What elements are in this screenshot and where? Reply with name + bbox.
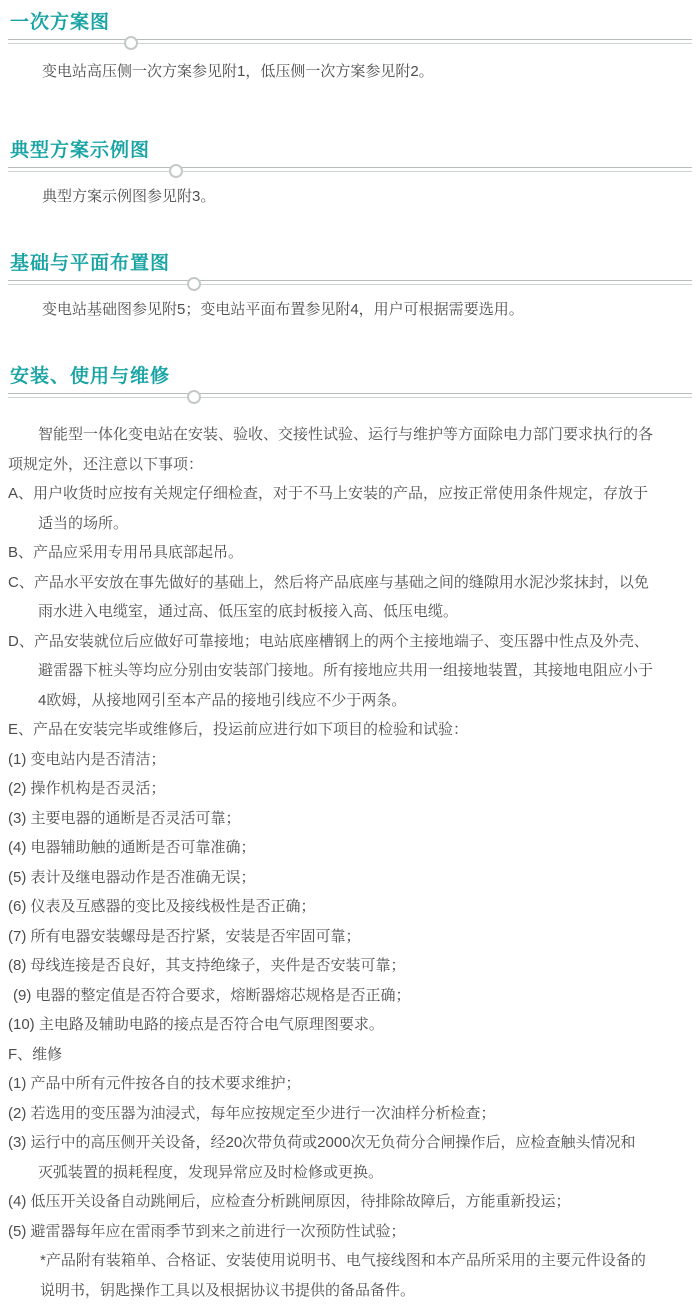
- section-title: 典型方案示例图: [10, 140, 692, 162]
- check-list-item: (5) 表计及继电器动作是否准确无误；: [8, 863, 692, 893]
- maintenance-list-item: (2) 若选用的变压器为油浸式，每年应按规定至少进行一次油样分析检查；: [8, 1099, 692, 1129]
- section-foundation-layout: 基础与平面布置图 变电站基础图参见附5；变电站平面布置参见附4，用户可根据需要选…: [8, 253, 692, 320]
- document-page: 一次方案图 变电站高压侧一次方案参见附1，低压侧一次方案参见附2。 典型方案示例…: [0, 0, 700, 1313]
- divider-circle-icon: [187, 390, 201, 404]
- section-divider: [8, 39, 692, 44]
- divider-circle-icon: [124, 36, 138, 50]
- section-primary-scheme: 一次方案图 变电站高压侧一次方案参见附1，低压侧一次方案参见附2。: [8, 0, 692, 82]
- section-installation-use-maintenance: 安装、使用与维修 智能型一体化变电站在安装、验收、交接性试验、运行与维护等方面除…: [8, 366, 692, 1305]
- list-item-d: D、产品安装就位后应做好可靠接地；电站底座槽钢上的两个主接地端子、变压器中性点及…: [8, 627, 692, 716]
- intro-paragraph: 智能型一体化变电站在安装、验收、交接性试验、运行与维护等方面除电力部门要求执行的…: [8, 420, 692, 479]
- check-list-item: (6) 仪表及互感器的变比及接线极性是否正确；: [8, 892, 692, 922]
- section-typical-scheme-example: 典型方案示例图 典型方案示例图参见附3。: [8, 140, 692, 207]
- list-item-b: B、产品应采用专用吊具底部起吊。: [8, 538, 692, 568]
- check-list-item: (7) 所有电器安装螺母是否拧紧，安装是否牢固可靠；: [8, 922, 692, 952]
- check-list-item: (1) 变电站内是否清洁；: [8, 745, 692, 775]
- section-divider: [8, 393, 692, 398]
- check-list-item: (10) 主电路及辅助电路的接点是否符合电气原理图要求。: [8, 1010, 692, 1040]
- section-divider: [8, 167, 692, 172]
- section-divider: [8, 280, 692, 285]
- section-title: 安装、使用与维修: [10, 366, 692, 388]
- check-list-item: (9) 电器的整定值是否符合要求，熔断器熔芯规格是否正确；: [8, 981, 692, 1011]
- divider-circle-icon: [187, 277, 201, 291]
- list-item-a: A、用户收货时应按有关规定仔细检查，对于不马上安装的产品，应按正常使用条件规定，…: [8, 479, 692, 538]
- paragraph: 变电站基础图参见附5；变电站平面布置参见附4，用户可根据需要选用。: [8, 300, 692, 320]
- maintenance-list-item: (3) 运行中的高压侧开关设备，经20次带负荷或2000次无负荷分合闸操作后，应…: [8, 1128, 692, 1187]
- list-item-e: E、产品在安装完毕或维修后，投运前应进行如下项目的检验和试验：: [8, 715, 692, 745]
- paragraph: 变电站高压侧一次方案参见附1，低压侧一次方案参见附2。: [8, 62, 692, 82]
- maintenance-list-item: (5) 避雷器每年应在雷雨季节到来之前进行一次预防性试验；: [8, 1217, 692, 1247]
- maintenance-list-item: (4) 低压开关设备自动跳闸后，应检查分析跳闸原因，待排除故障后，方能重新投运；: [8, 1187, 692, 1217]
- check-list-item: (8) 母线连接是否良好，其支持绝缘子，夹件是否安装可靠；: [8, 951, 692, 981]
- footnote: *产品附有装箱单、合格证、安装使用说明书、电气接线图和本产品所采用的主要元件设备…: [8, 1246, 692, 1305]
- maintenance-list-item: (1) 产品中所有元件按各自的技术要求维护；: [8, 1069, 692, 1099]
- check-list-item: (2) 操作机构是否灵活；: [8, 774, 692, 804]
- maintenance-label: F、维修: [8, 1040, 692, 1070]
- paragraph: 典型方案示例图参见附3。: [8, 187, 692, 207]
- list-item-c: C、产品水平安放在事先做好的基础上，然后将产品底座与基础之间的缝隙用水泥沙浆抹封…: [8, 568, 692, 627]
- section-title: 基础与平面布置图: [10, 253, 692, 275]
- section-title: 一次方案图: [10, 12, 692, 34]
- check-list-item: (3) 主要电器的通断是否灵活可靠；: [8, 804, 692, 834]
- divider-circle-icon: [169, 164, 183, 178]
- check-list-item: (4) 电器辅助触的通断是否可靠准确；: [8, 833, 692, 863]
